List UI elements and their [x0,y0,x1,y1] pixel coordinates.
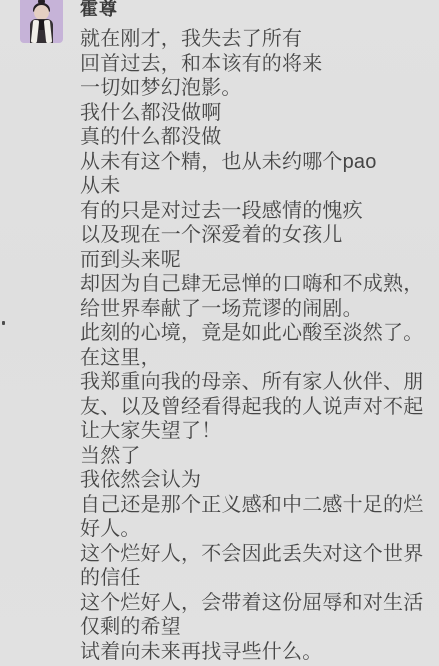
text-line: 这个烂好人，会带着这份屈辱和对生活 [80,591,432,616]
text-line: 我郑重向我的母亲、所有家人伙伴、朋 [80,370,432,395]
text-line: 此刻的心境，竟是如此心酸至淡然了。 [80,321,432,346]
artifact-dot [2,321,5,325]
text-line: 有的只是对过去一段感情的愧疚 [80,199,432,224]
avatar-face [34,5,49,20]
post-text: 就在刚才，我失去了所有回首过去，和本该有的将来一切如梦幻泡影。我什么都没做啊真的… [80,27,432,664]
text-line: 友、以及曾经看得起我的人说声对不起 [80,395,432,420]
text-line: 好人。 [80,517,432,542]
text-line: 以及现在一个深爱着的女孩儿 [80,223,432,248]
text-line: 回首过去，和本该有的将来 [80,52,432,77]
text-line: 而到头来呢 [80,248,432,273]
text-line: 的信任 [80,566,432,591]
text-line: 这个烂好人，不会因此丢失对这个世界 [80,542,432,567]
text-line: 却因为自己肆无忌惮的口嗨和不成熟， [80,272,432,297]
text-line: 就在刚才，我失去了所有 [80,27,432,52]
text-line: 试着向未来再找寻些什么。 [80,640,432,665]
text-line: 我什么都没做啊 [80,101,432,126]
text-line: 一切如梦幻泡影。 [80,76,432,101]
author-name[interactable]: 霍尊 [80,0,118,19]
text-line: 我依然会认为 [80,468,432,493]
text-line: 当然了 [80,444,432,469]
text-line: 自己还是那个正义感和中二感十足的烂 [80,493,432,518]
text-line: 从未有这个精，也从未约哪个pao [80,150,432,175]
text-line: 在这里， [80,346,432,371]
text-line: 从未 [80,174,432,199]
text-line: 真的什么都没做 [80,125,432,150]
text-line: 仅剩的希望 [80,615,432,640]
text-line: 让大家失望了！ [80,419,432,444]
avatar[interactable] [20,0,63,43]
text-line: 给世界奉献了一场荒谬的闹剧。 [80,297,432,322]
